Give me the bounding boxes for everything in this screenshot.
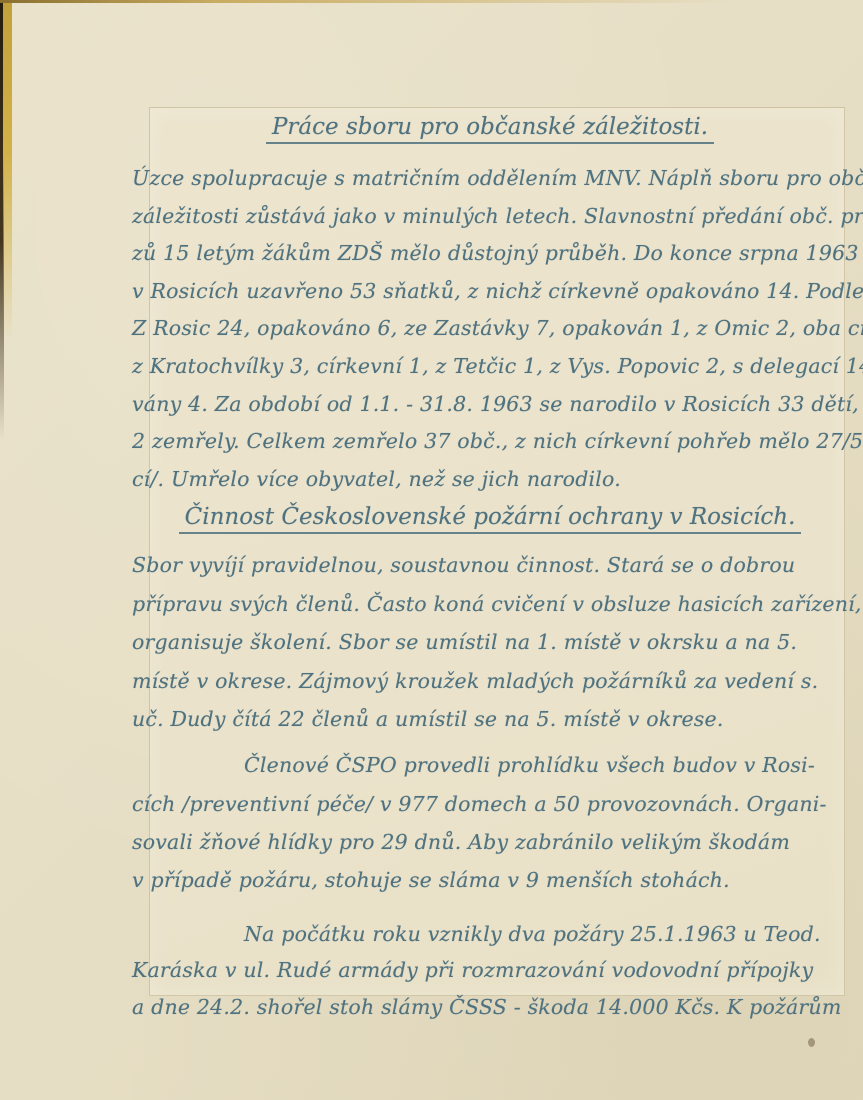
section-title-fire-protection: Činnost Československé požární ochrany v… (132, 504, 848, 538)
handwritten-line: cí/. Umřelo více obyvatel, než se jich n… (132, 461, 848, 499)
handwritten-line: sovali žňové hlídky pro 29 dnů. Aby zabr… (132, 823, 848, 861)
paper-speck (808, 1038, 815, 1047)
paragraph-civic-affairs: Úzce spolupracuje s matričním oddělením … (132, 160, 848, 498)
handwritten-line: cích /preventivní péče/ v 977 domech a 5… (132, 785, 848, 823)
paragraph-inspections: Členové ČSPO provedli prohlídku všech bu… (132, 746, 848, 900)
handwritten-text-block: Práce sboru pro občanské záležitosti. Úz… (132, 112, 848, 1025)
handwritten-line: organisuje školení. Sbor se umístil na 1… (132, 623, 848, 661)
handwritten-line: 2 zemřely. Celkem zemřelo 37 obč., z nic… (132, 423, 848, 461)
chronicle-photo: { "doc": { "section1": { "title": "Práce… (0, 0, 863, 1100)
book-spine-edge-gilt (3, 0, 12, 340)
paragraph-fires: Na počátku roku vznikly dva požáry 25.1.… (132, 916, 848, 1026)
handwritten-line: Z Rosic 24, opakováno 6, ze Zastávky 7, … (132, 310, 848, 348)
handwritten-line: Úzce spolupracuje s matričním oddělením … (132, 160, 848, 198)
handwritten-line: v Rosicích uzavřeno 53 sňatků, z nichž c… (132, 273, 848, 311)
paragraph-fire-brigade-activity: Sbor vyvíjí pravidelnou, soustavnou činn… (132, 546, 848, 738)
handwritten-line: z Kratochvílky 3, církevní 1, z Tetčic 1… (132, 348, 848, 386)
handwritten-line: zů 15 letým žákům ZDŠ mělo důstojný průb… (132, 235, 848, 273)
handwritten-line: Členové ČSPO provedli prohlídku všech bu… (132, 746, 848, 784)
handwritten-line: a dne 24.2. shořel stoh slámy ČSSS - ško… (132, 989, 848, 1026)
section-title-text: Práce sboru pro občanské záležitosti. (266, 114, 714, 144)
handwritten-line: místě v okrese. Zájmový kroužek mladých … (132, 662, 848, 700)
handwritten-line: Na počátku roku vznikly dva požáry 25.1.… (132, 916, 848, 953)
handwritten-line: uč. Dudy čítá 22 členů a umístil se na 5… (132, 700, 848, 738)
handwritten-line: Karáska v ul. Rudé armády při rozmrazová… (132, 952, 848, 989)
handwritten-line: Sbor vyvíjí pravidelnou, soustavnou činn… (132, 546, 848, 584)
section-title-text: Činnost Československé požární ochrany v… (179, 504, 802, 534)
handwritten-line: vány 4. Za období od 1.1. - 31.8. 1963 s… (132, 386, 848, 424)
page-top-edge (0, 0, 863, 3)
handwritten-line: v případě požáru, stohuje se sláma v 9 m… (132, 861, 848, 899)
handwritten-line: záležitosti zůstává jako v minulých lete… (132, 198, 848, 236)
section-title-civic-affairs: Práce sboru pro občanské záležitosti. (132, 114, 848, 148)
handwritten-line: přípravu svých členů. Často koná cvičení… (132, 585, 848, 623)
